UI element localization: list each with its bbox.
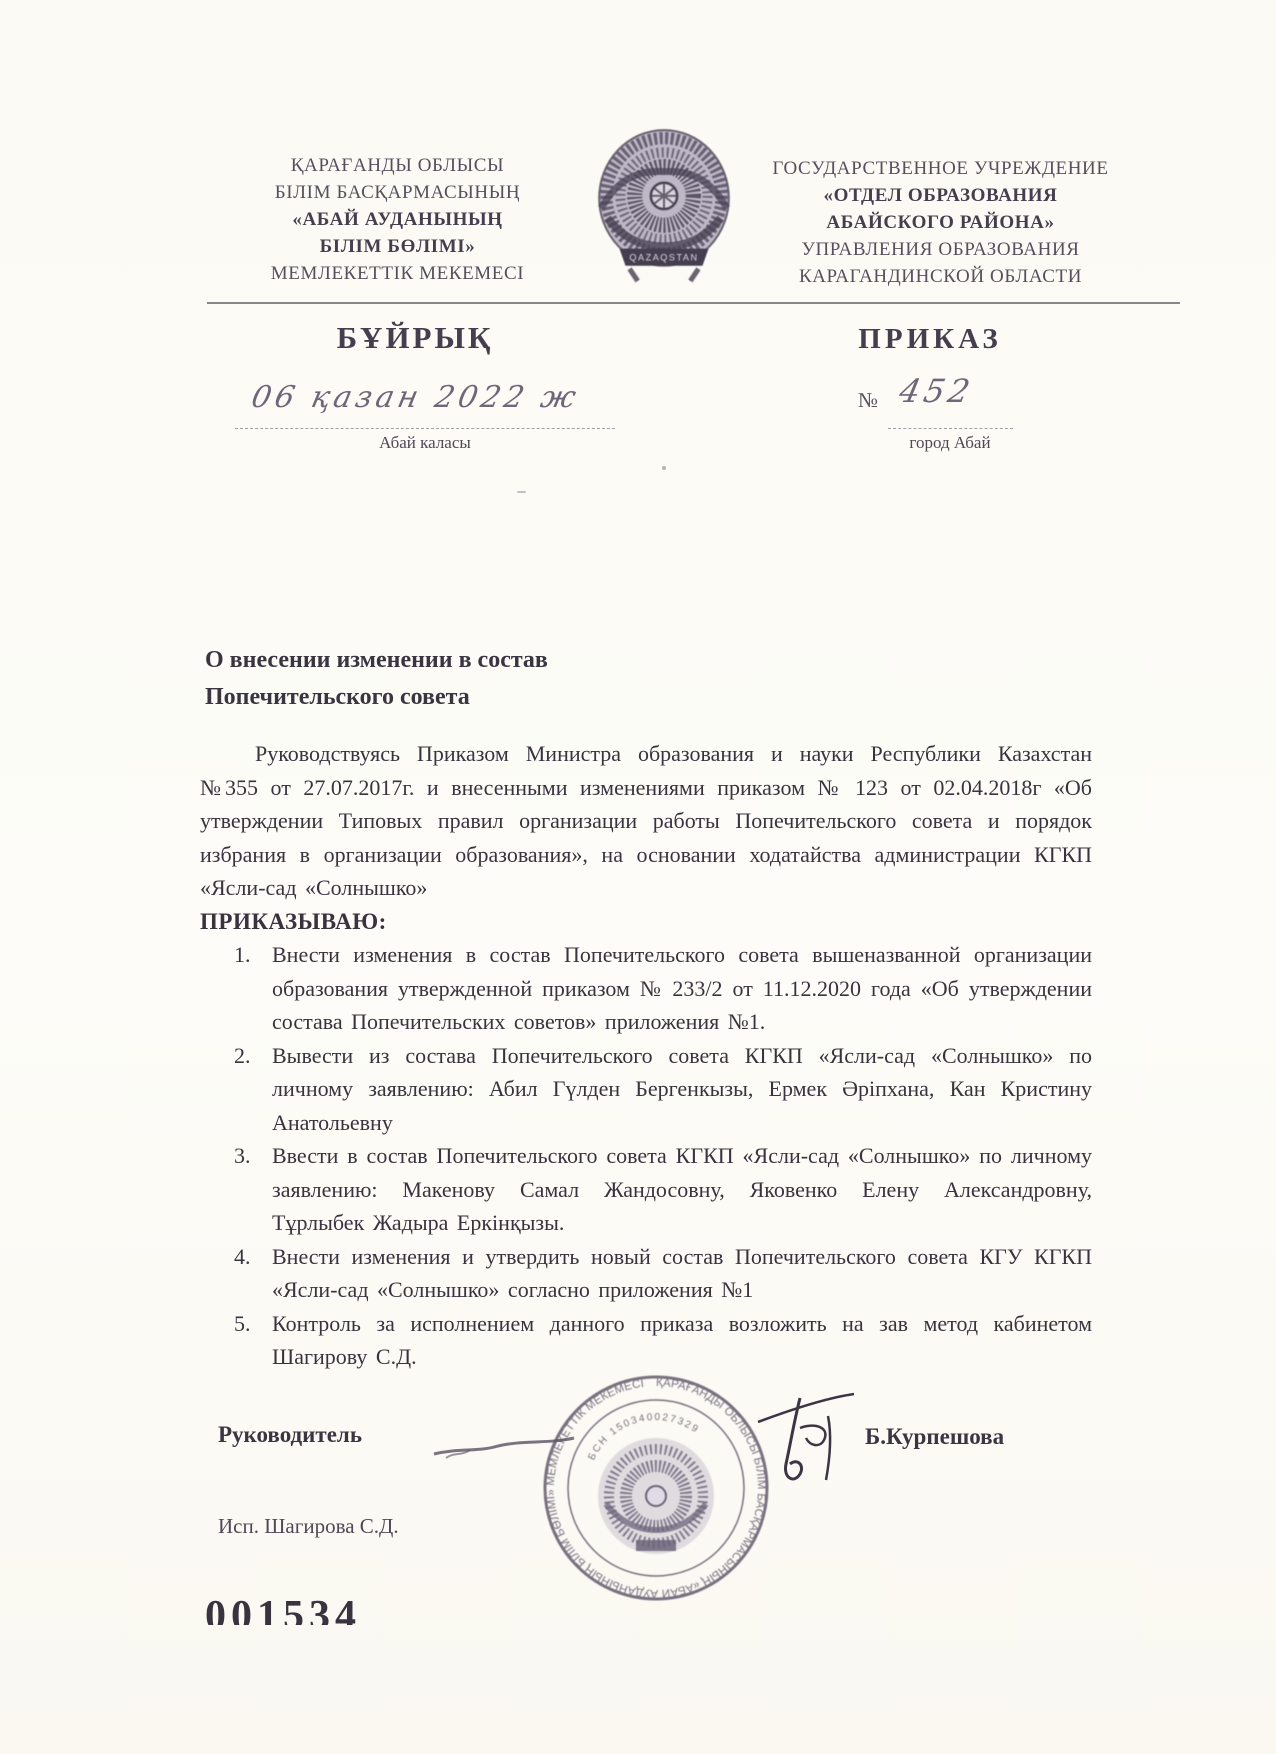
org-line: УПРАВЛЕНИЯ ОБРАЗОВАНИЯ [748,236,1133,263]
org-line: «АБАЙ АУДАНЫНЫҢ [210,206,585,233]
item-text: Внести изменения и утвердить новый соста… [272,1240,1092,1307]
number-sign: № [858,388,878,413]
order-item: 4. Внести изменения и утвердить новый со… [200,1240,1092,1307]
place-label-russian: город Абай [860,433,1040,453]
order-title-russian: ПРИКАЗ [800,323,1060,356]
item-number: 3. [200,1139,272,1240]
scan-artifact [517,491,526,493]
handwritten-signature [742,1388,862,1493]
handwritten-date: 06 қазан 2022 ж [248,380,583,415]
header-divider [207,302,1180,304]
subject-line: Попечительского совета [205,679,548,716]
order-item: 3. Ввести в состав Попечительского совет… [200,1139,1092,1240]
org-line: «ОТДЕЛ ОБРАЗОВАНИЯ [748,182,1133,209]
org-name-russian: ГОСУДАРСТВЕННОЕ УЧРЕЖДЕНИЕ «ОТДЕЛ ОБРАЗО… [748,155,1133,290]
place-label-kazakh: Абай каласы [235,433,615,453]
order-item: 5. Контроль за исполнением данного прика… [200,1307,1092,1374]
org-line: ҚАРАҒАНДЫ ОБЛЫСЫ [210,152,585,179]
decree-word: ПРИКАЗЫВАЮ: [200,905,1092,939]
kazakhstan-coat-of-arms-icon: QAZAQSTAN [583,116,745,290]
org-line: АБАЙСКОГО РАЙОНА» [748,209,1133,236]
item-text: Контроль за исполнением данного приказа … [272,1307,1092,1374]
date-underline [235,428,615,429]
org-name-kazakh: ҚАРАҒАНДЫ ОБЛЫСЫ БІЛІМ БАСҚАРМАСЫНЫҢ «АБ… [210,152,585,287]
official-round-seal: ҚАРАҒАНДЫ ОБЛЫСЫ БІЛІМ БАСҚАРМАСЫНЫҢ «АБ… [536,1368,776,1608]
org-line: БІЛІМ БӨЛІМІ» [210,233,585,260]
item-text: Ввести в состав Попечительского совета К… [272,1139,1092,1240]
handwritten-order-number: 452 [896,372,977,410]
intro-paragraph: Руководствуясь Приказом Министра образов… [200,737,1092,905]
org-line: БІЛІМ БАСҚАРМАСЫНЫҢ [210,179,585,206]
org-line: КАРАГАНДИНСКОЙ ОБЛАСТИ [748,263,1133,290]
scanned-order-document: ҚАРАҒАНДЫ ОБЛЫСЫ БІЛІМ БАСҚАРМАСЫНЫҢ «АБ… [0,0,1276,1754]
org-line: МЕМЛЕКЕТТІК МЕКЕМЕСІ [210,260,585,287]
signer-title: Руководитель [218,1422,362,1448]
item-number: 1. [200,938,272,1039]
order-item: 1. Внести изменения в состав Попечительс… [200,938,1092,1039]
order-body: Руководствуясь Приказом Министра образов… [200,737,1092,1374]
handwritten-strike-mark [428,1428,578,1468]
item-text: Внести изменения в состав Попечительског… [272,938,1092,1039]
order-item: 2. Вывести из состава Попечительского со… [200,1039,1092,1140]
form-number: 001534 [205,1592,361,1625]
emblem-banner-label: QAZAQSTAN [629,253,698,263]
scan-artifact [662,466,666,470]
item-text: Вывести из состава Попечительского совет… [272,1039,1092,1140]
item-number: 5. [200,1307,272,1374]
number-underline [888,428,1013,429]
executor-line: Исп. Шагирова С.Д. [218,1514,399,1539]
item-number: 2. [200,1039,272,1140]
item-number: 4. [200,1240,272,1307]
signer-name: Б.Курпешова [865,1424,1004,1450]
subject-line: О внесении изменении в состав [205,642,548,679]
order-subject: О внесении изменении в состав Попечитель… [205,642,548,716]
order-items: 1. Внести изменения в состав Попечительс… [200,938,1092,1374]
org-line: ГОСУДАРСТВЕННОЕ УЧРЕЖДЕНИЕ [748,155,1133,182]
order-title-kazakh: БҰЙРЫҚ [215,320,615,356]
